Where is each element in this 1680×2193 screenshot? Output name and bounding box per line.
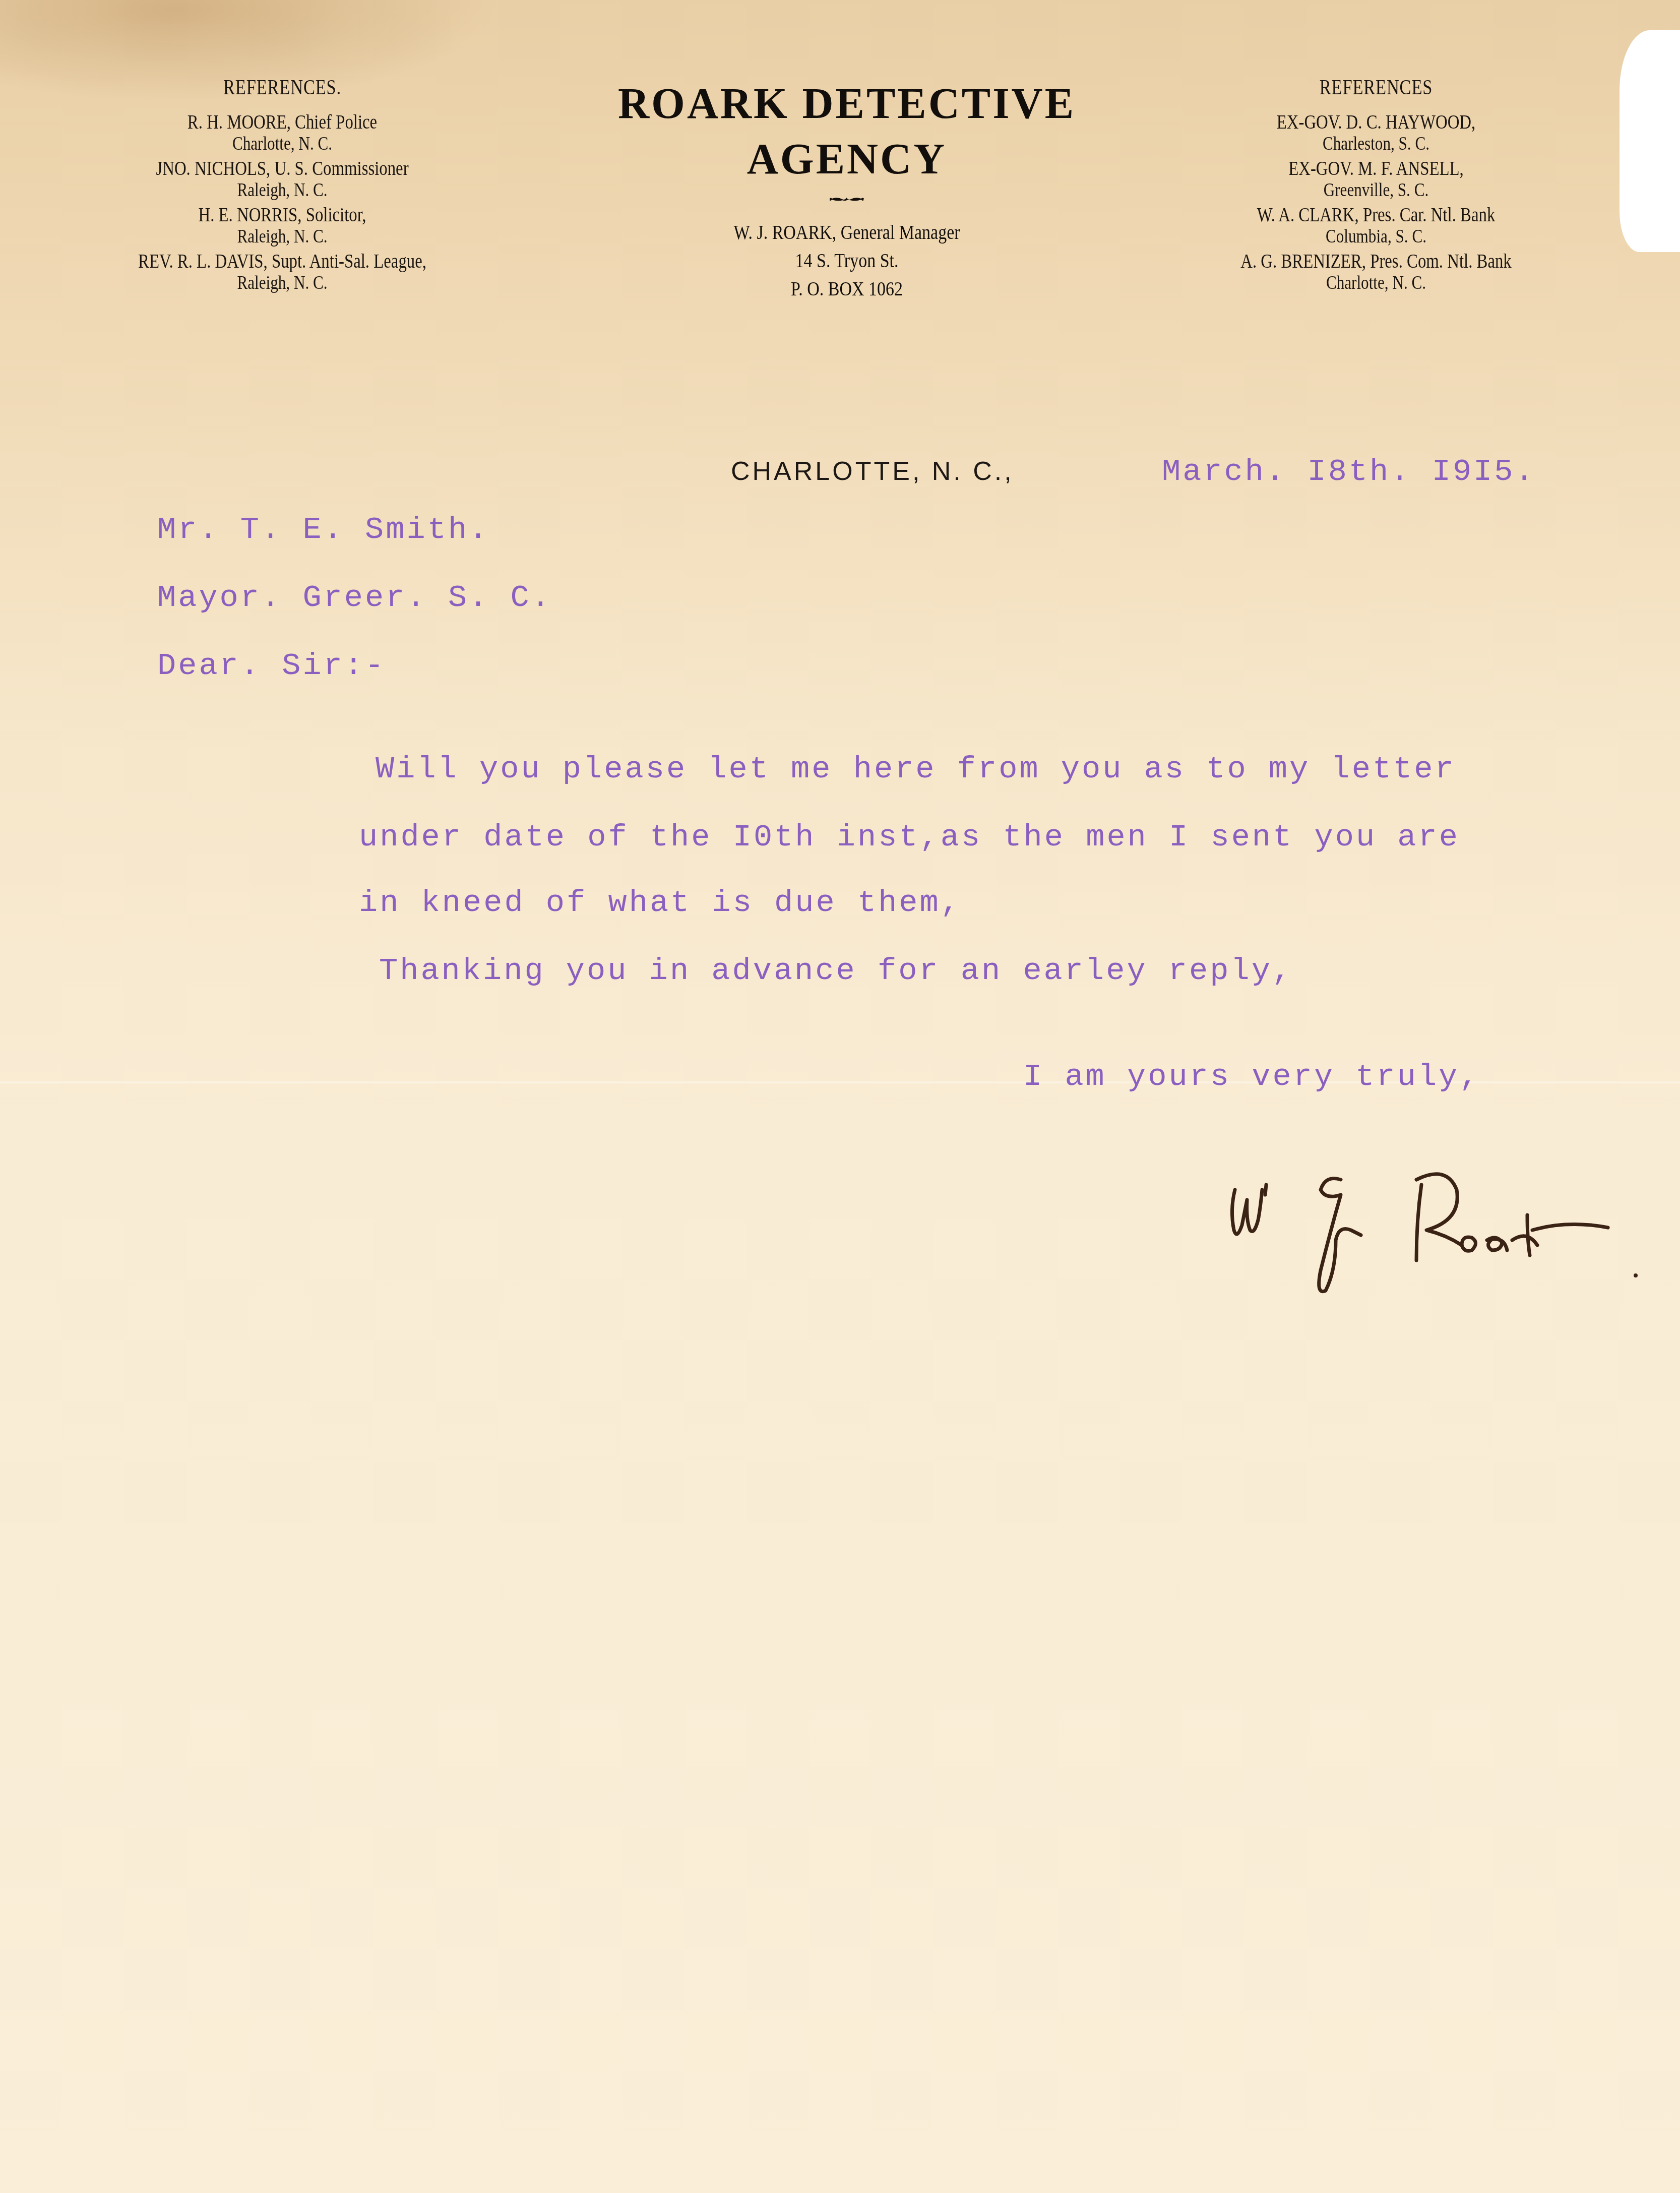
reference-city: Raleigh, N. C.: [113, 179, 452, 201]
po-box: P. O. BOX 1062: [607, 275, 1087, 303]
reference-entry: JNO. NICHOLS, U. S. Commissioner Raleigh…: [113, 157, 452, 201]
letter-paper: [0, 0, 1680, 2193]
reference-entry: W. A. CLARK, Pres. Car. Ntl. Bank Columb…: [1207, 204, 1545, 247]
reference-name: EX-GOV. M. F. ANSELL,: [1207, 157, 1545, 179]
reference-name: REV. R. L. DAVIS, Supt. Anti-Sal. League…: [113, 250, 452, 272]
reference-city: Charlotte, N. C.: [113, 133, 452, 154]
letter-date: March. I8th. I9I5.: [1162, 454, 1536, 490]
reference-entry: REV. R. L. DAVIS, Supt. Anti-Sal. League…: [113, 250, 452, 293]
reference-city: Charlotte, N. C.: [1207, 272, 1545, 293]
reference-city: Raleigh, N. C.: [113, 272, 452, 293]
references-heading: REFERENCES: [1207, 76, 1545, 100]
left-references: REFERENCES. R. H. MOORE, Chief Police Ch…: [113, 76, 452, 296]
agency-name-line2: AGENCY: [565, 131, 1129, 187]
reference-entry: A. G. BRENIZER, Pres. Com. Ntl. Bank Cha…: [1207, 250, 1545, 293]
references-heading: REFERENCES.: [113, 76, 452, 100]
body-line: Thanking you in advance for an earley re…: [379, 953, 1293, 989]
reference-entry: EX-GOV. M. F. ANSELL, Greenville, S. C.: [1207, 157, 1545, 201]
reference-name: R. H. MOORE, Chief Police: [113, 111, 452, 133]
letterhead-city: CHARLOTTE, N. C.,: [731, 456, 1014, 486]
torn-corner: [1620, 30, 1680, 252]
reference-city: Columbia, S. C.: [1207, 226, 1545, 247]
recipient-name: Mr. T. E. Smith.: [157, 512, 489, 547]
ornament-divider-icon: [829, 194, 864, 205]
reference-city: Greenville, S. C.: [1207, 179, 1545, 201]
masthead: ROARK DETECTIVE AGENCY W. J. ROARK, Gene…: [565, 76, 1129, 303]
reference-name: JNO. NICHOLS, U. S. Commissioner: [113, 157, 452, 179]
reference-name: H. E. NORRIS, Solicitor,: [113, 204, 452, 226]
reference-name: EX-GOV. D. C. HAYWOOD,: [1207, 111, 1545, 133]
reference-name: W. A. CLARK, Pres. Car. Ntl. Bank: [1207, 204, 1545, 226]
reference-entry: EX-GOV. D. C. HAYWOOD, Charleston, S. C.: [1207, 111, 1545, 154]
salutation: Dear. Sir:-: [157, 648, 386, 684]
reference-name: A. G. BRENIZER, Pres. Com. Ntl. Bank: [1207, 250, 1545, 272]
right-references: REFERENCES EX-GOV. D. C. HAYWOOD, Charle…: [1207, 76, 1545, 296]
body-line: under date of the I0th inst,as the men I…: [359, 819, 1460, 855]
body-line: in kneed of what is due them,: [359, 885, 961, 921]
body-line: Will you please let me here from you as …: [376, 751, 1456, 787]
reference-city: Charleston, S. C.: [1207, 133, 1545, 154]
handwritten-signature: [1225, 1170, 1668, 1301]
recipient-title: Mayor. Greer. S. C.: [157, 580, 552, 616]
reference-city: Raleigh, N. C.: [113, 226, 452, 247]
general-manager: W. J. ROARK, General Manager: [607, 218, 1087, 247]
closing: I am yours very truly,: [1023, 1059, 1480, 1094]
reference-entry: H. E. NORRIS, Solicitor, Raleigh, N. C.: [113, 204, 452, 247]
street-address: 14 S. Tryon St.: [607, 247, 1087, 275]
reference-entry: R. H. MOORE, Chief Police Charlotte, N. …: [113, 111, 452, 154]
agency-name-line1: ROARK DETECTIVE: [565, 76, 1129, 131]
